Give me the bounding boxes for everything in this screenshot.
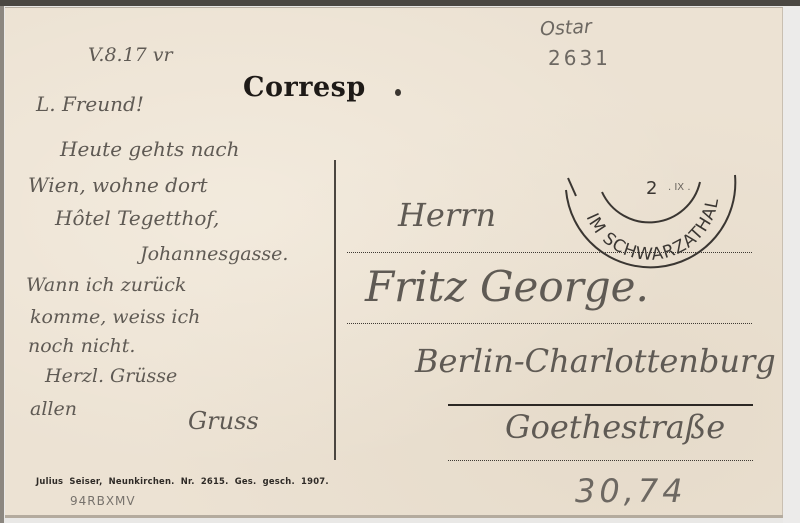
address-street: Goethestraße bbox=[505, 408, 725, 446]
message-signature: Gruss bbox=[188, 407, 259, 435]
address-salutation: Herrn bbox=[398, 196, 496, 234]
message-line-8: Herzl. Grüsse bbox=[45, 365, 177, 387]
ink-dot bbox=[395, 89, 401, 96]
message-greeting: L. Freund! bbox=[36, 92, 144, 116]
message-line-4: Johannesgasse. bbox=[140, 243, 288, 265]
publisher-imprint: Julius Seiser, Neunkirchen. Nr. 2615. Ge… bbox=[36, 476, 329, 486]
message-line-5: Wann ich zurück bbox=[26, 274, 186, 296]
message-date: V.8.17 vr bbox=[88, 44, 173, 66]
scan-border-top bbox=[0, 0, 800, 6]
pencil-note-price: 30,74 bbox=[575, 472, 687, 510]
address-line-4 bbox=[448, 460, 753, 461]
address-city: Berlin-Charlottenburg bbox=[415, 342, 776, 380]
svg-text:2: 2 bbox=[646, 178, 657, 199]
address-line-3-underline bbox=[448, 404, 753, 406]
message-line-1: Heute gehts nach bbox=[60, 137, 239, 161]
message-address-divider bbox=[334, 160, 336, 460]
postcard-bottom-edge bbox=[5, 515, 783, 518]
pencil-note-catalog: 94RBXMV bbox=[70, 494, 136, 508]
message-line-3: Hôtel Tegetthof, bbox=[55, 206, 219, 230]
svg-text:. IX .: . IX . bbox=[668, 182, 691, 193]
scan-border-left bbox=[0, 6, 4, 523]
pencil-note-number: 2631 bbox=[548, 46, 611, 70]
address-name: Fritz George. bbox=[365, 262, 649, 311]
svg-text:IM SCHWARZATHAL: IM SCHWARZATHAL bbox=[582, 196, 724, 265]
message-line-7: noch nicht. bbox=[28, 335, 135, 357]
correspondenz-heading: Corresp bbox=[243, 72, 366, 103]
address-line-2 bbox=[347, 323, 752, 324]
scan-background-right bbox=[783, 6, 800, 523]
pencil-note-ostar: Ostar bbox=[539, 16, 592, 41]
message-line-6: komme, weiss ich bbox=[30, 306, 200, 328]
message-line-9: allen bbox=[30, 398, 77, 420]
message-line-2: Wien, wohne dort bbox=[28, 173, 208, 197]
